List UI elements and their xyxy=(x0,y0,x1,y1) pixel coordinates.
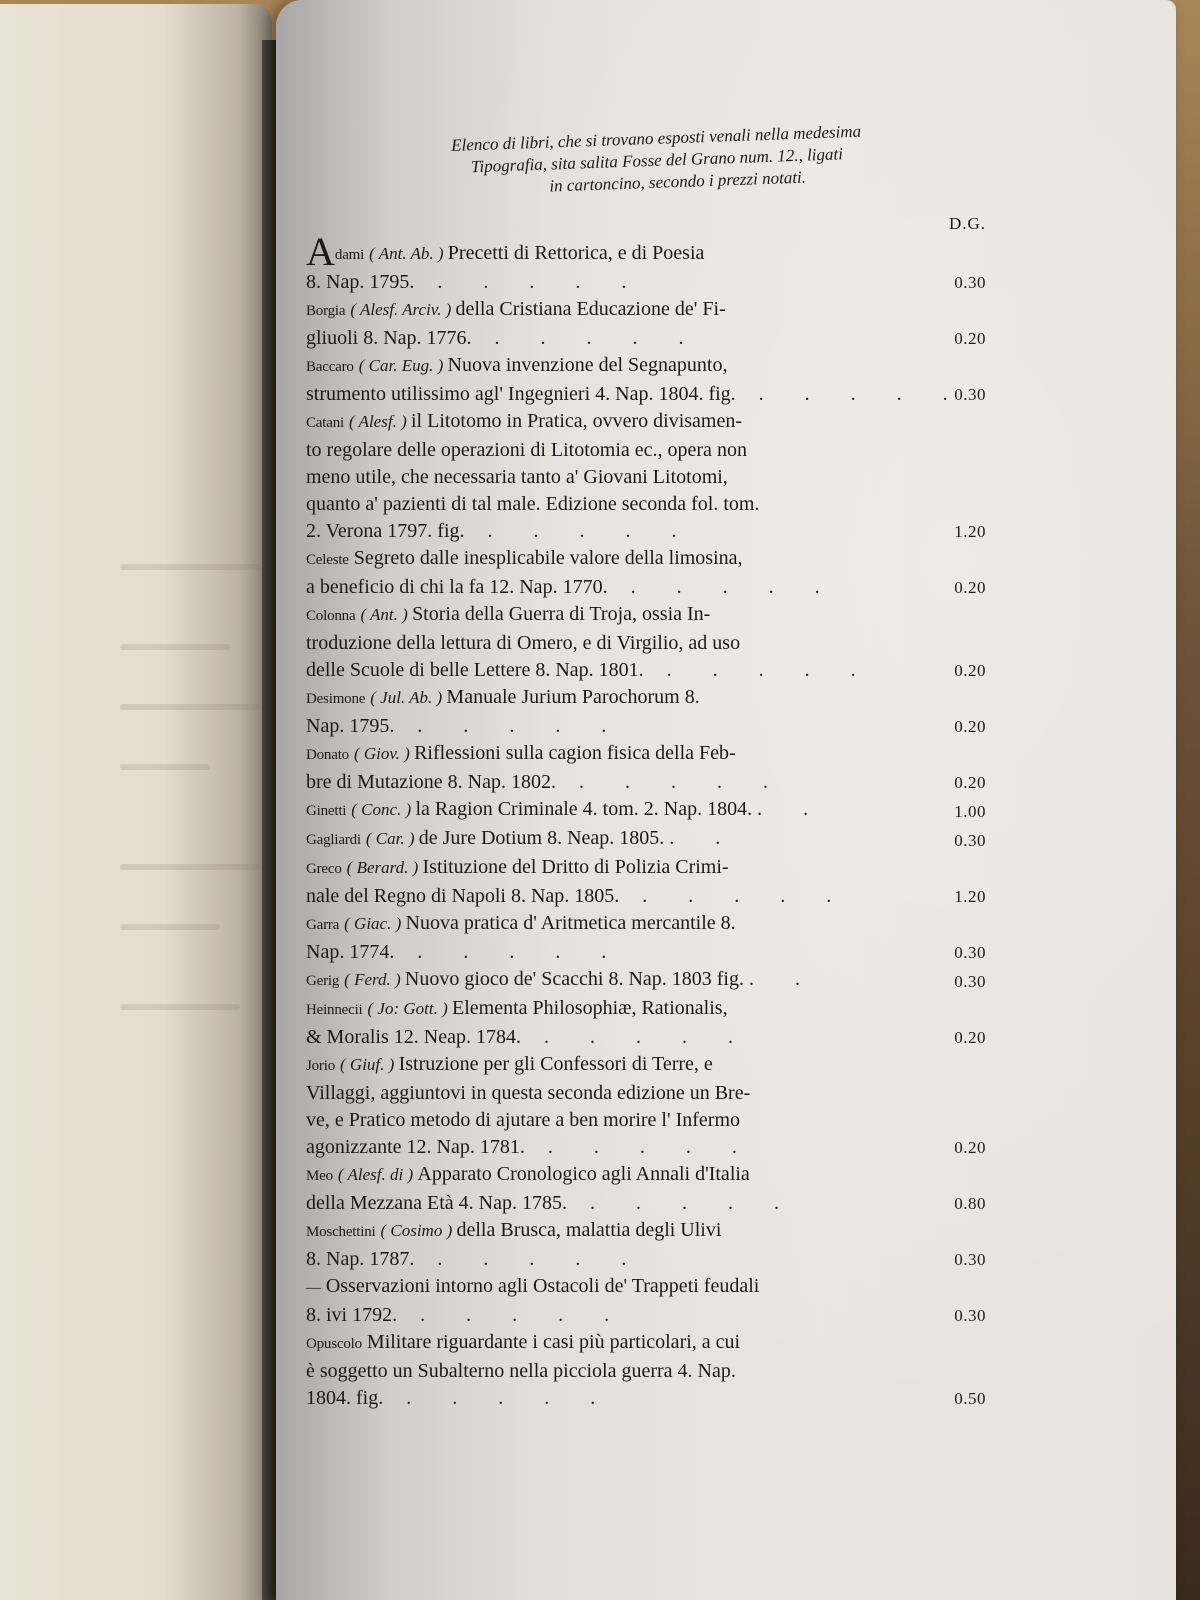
leader-dots: . . . . . xyxy=(465,520,695,542)
leader-dots: . . . . . xyxy=(608,576,838,598)
entry-continuation-line: Nap. 1774. . . . . . xyxy=(306,939,914,966)
entry-continuation-line: 2. Verona 1797. fig. . . . . . xyxy=(306,518,914,545)
entry-author-note: ( Conc. ) xyxy=(351,800,415,819)
book-entry: Greco ( Berard. ) Istituzione del Dritto… xyxy=(306,854,986,910)
entry-first-line: Ginetti ( Conc. ) la Ragion Criminale 4.… xyxy=(306,796,914,825)
entry-title: la Ragion Criminale 4. tom. 2. Nap. 1804… xyxy=(415,798,752,820)
catalogue-text: Elenco di libri, che si trovano esposti … xyxy=(306,140,986,1412)
bleed-through-mark xyxy=(120,764,210,770)
book-entry: Baccaro ( Car. Eug. ) Nuova invenzione d… xyxy=(306,352,986,408)
bleed-through-mark xyxy=(120,864,260,870)
entry-continuation-line: troduzione della lettura di Omero, e di … xyxy=(306,630,914,657)
leader-dots: . . . . . xyxy=(556,771,786,793)
entry-author-note: ( Ferd. ) xyxy=(344,970,405,989)
entry-author-note: ( Jul. Ab. ) xyxy=(370,688,446,707)
entry-author: Celeste xyxy=(306,552,349,568)
entry-author: Opuscolo xyxy=(306,1336,362,1352)
entry-author: Greco xyxy=(306,861,342,877)
entry-author: Gagliardi xyxy=(306,832,361,848)
book-entry: Meo ( Alesf. di ) Apparato Cronologico a… xyxy=(306,1161,986,1217)
entry-author: Desimone xyxy=(306,691,365,707)
entry-author-note: ( Car. ) xyxy=(366,829,419,848)
leader-dots: . . xyxy=(749,968,818,990)
entry-author-note: ( Jo: Gott. ) xyxy=(368,999,453,1018)
entry-price: 1.00 xyxy=(954,798,986,825)
leader-dots: . . . . . xyxy=(619,885,849,907)
book-entry: Ginetti ( Conc. ) la Ragion Criminale 4.… xyxy=(306,796,986,825)
entry-continuation-line: 8. Nap. 1787. . . . . . xyxy=(306,1246,914,1273)
leader-dots: . . . . . xyxy=(394,941,624,963)
leader-dots: . . . . . xyxy=(525,1136,755,1158)
entry-author-note: ( Giac. ) xyxy=(344,914,405,933)
entry-continuation-line: bre di Mutazione 8. Nap. 1802. . . . . . xyxy=(306,769,914,796)
entry-price: 0.20 xyxy=(954,769,986,796)
bleed-through-mark xyxy=(120,924,220,930)
entry-author: Catani xyxy=(306,415,344,431)
leader-dots: . . . . . xyxy=(521,1026,751,1048)
currency-initials: D.G. xyxy=(306,214,986,234)
entry-continuation-line: è soggetto un Subalterno nella picciola … xyxy=(306,1358,914,1385)
bleed-through-mark xyxy=(120,564,260,570)
book-entry: Gagliardi ( Car. ) de Jure Dotium 8. Nea… xyxy=(306,825,986,854)
entry-continuation-line: nale del Regno di Napoli 8. Nap. 1805. .… xyxy=(306,883,914,910)
entry-title: Osservazioni intorno agli Ostacoli de' T… xyxy=(326,1275,760,1297)
catalogue-heading: Elenco di libri, che si trovano esposti … xyxy=(306,116,988,206)
entry-title: Militare riguardante i casi più particol… xyxy=(367,1331,740,1353)
right-page: Elenco di libri, che si trovano esposti … xyxy=(276,0,1176,1600)
entry-author-note: ( Alesf. di ) xyxy=(338,1165,417,1184)
entry-price: 1.20 xyxy=(954,518,986,545)
entry-title: Precetti di Rettorica, e di Poesia xyxy=(448,242,705,264)
entry-continuation-line: & Moralis 12. Neap. 1784. . . . . . xyxy=(306,1024,914,1051)
left-facing-page xyxy=(0,4,272,1600)
entry-continuation-line: strumento utilissimo agl' Ingegnieri 4. … xyxy=(306,381,914,408)
entry-price: 1.20 xyxy=(954,883,986,910)
entry-price: 0.30 xyxy=(954,968,986,995)
entry-price: 0.80 xyxy=(954,1190,986,1217)
leader-dots: . . . . . xyxy=(414,271,644,293)
leader-dots: . . . . . xyxy=(567,1192,797,1214)
entry-author: Colonna xyxy=(306,608,355,624)
entry-continuation-line: ve, e Pratico metodo di ajutare a ben mo… xyxy=(306,1107,914,1134)
entry-price: 0.30 xyxy=(954,1302,986,1329)
entry-first-line: Celeste Segreto dalle inesplicabile valo… xyxy=(306,545,914,574)
entry-price: 0.20 xyxy=(954,574,986,601)
entry-title: Apparato Cronologico agli Annali d'Itali… xyxy=(417,1163,749,1185)
entry-title: Segreto dalle inesplicabile valore della… xyxy=(354,547,743,569)
bleed-through-mark xyxy=(120,704,260,710)
entry-continuation-line: to regolare delle operazioni di Litotomi… xyxy=(306,437,914,464)
entry-author-note: ( Ant. Ab. ) xyxy=(369,244,448,263)
book-entry: Adami ( Ant. Ab. ) Precetti di Rettorica… xyxy=(306,238,986,296)
entry-price: 0.30 xyxy=(954,381,986,408)
entry-price: 0.20 xyxy=(954,1134,986,1161)
entry-price: 0.20 xyxy=(954,1024,986,1051)
book-entry: Donato ( Giov. ) Riflessioni sulla cagio… xyxy=(306,740,986,796)
bleed-through-mark xyxy=(120,644,230,650)
leader-dots: . . . . . xyxy=(472,327,702,349)
entry-first-line: Colonna ( Ant. ) Storia della Guerra di … xyxy=(306,601,914,630)
book-entry: Colonna ( Ant. ) Storia della Guerra di … xyxy=(306,601,986,684)
entry-title: Nuova invenzione del Segnapunto, xyxy=(448,354,728,376)
book-entry: Borgia ( Alesf. Arciv. ) della Cristiana… xyxy=(306,296,986,352)
entry-author-note: ( Car. Eug. ) xyxy=(359,356,448,375)
entry-first-line: Opuscolo Militare riguardante i casi più… xyxy=(306,1329,914,1358)
book-entry: Opuscolo Militare riguardante i casi più… xyxy=(306,1329,986,1412)
entry-title: Nuova pratica d' Aritmetica mercantile 8… xyxy=(406,912,736,934)
entry-continuation-line: meno utile, che necessaria tanto a' Giov… xyxy=(306,464,914,491)
entry-first-line: Gerig ( Ferd. ) Nuovo gioco de' Scacchi … xyxy=(306,966,914,995)
entry-first-line: Baccaro ( Car. Eug. ) Nuova invenzione d… xyxy=(306,352,914,381)
entry-first-line: Borgia ( Alesf. Arciv. ) della Cristiana… xyxy=(306,296,914,325)
book-entry: Gerig ( Ferd. ) Nuovo gioco de' Scacchi … xyxy=(306,966,986,995)
entry-author-note: ( Giuf. ) xyxy=(340,1055,399,1074)
book-entry: Celeste Segreto dalle inesplicabile valo… xyxy=(306,545,986,601)
entry-first-line: Greco ( Berard. ) Istituzione del Dritto… xyxy=(306,854,914,883)
entry-author: — xyxy=(306,1280,321,1296)
entry-title: de Jure Dotium 8. Neap. 1805. xyxy=(419,827,665,849)
entry-price: 0.20 xyxy=(954,325,986,352)
entry-continuation-line: a beneficio di chi la fa 12. Nap. 1770. … xyxy=(306,574,914,601)
entry-continuation-line: delle Scuole di belle Lettere 8. Nap. 18… xyxy=(306,657,914,684)
leader-dots: . . xyxy=(669,827,738,849)
entry-first-line: Garra ( Giac. ) Nuova pratica d' Aritmet… xyxy=(306,910,914,939)
leader-dots: . . . . . xyxy=(414,1248,644,1270)
entry-author: dami xyxy=(335,247,364,263)
entry-price: 0.30 xyxy=(954,269,986,296)
entry-author: Jorio xyxy=(306,1058,335,1074)
entry-title: Nuovo gioco de' Scacchi 8. Nap. 1803 fig… xyxy=(405,968,744,990)
leader-dots: . . xyxy=(757,798,826,820)
entry-first-line: Adami ( Ant. Ab. ) Precetti di Rettorica… xyxy=(306,238,914,269)
entry-author-note: ( Berard. ) xyxy=(347,858,423,877)
bleed-through-mark xyxy=(120,1004,240,1010)
entry-price: 0.30 xyxy=(954,827,986,854)
entry-title: Istruzione per gli Confessori di Terre, … xyxy=(399,1053,713,1075)
leader-dots: . . . . . xyxy=(736,383,966,405)
book-entry: Jorio ( Giuf. ) Istruzione per gli Confe… xyxy=(306,1051,986,1161)
book-entry: Moschettini ( Cosimo ) della Brusca, mal… xyxy=(306,1217,986,1273)
entry-continuation-line: 8. ivi 1792. . . . . . xyxy=(306,1302,914,1329)
entry-author: Ginetti xyxy=(306,803,346,819)
book-entry: Desimone ( Jul. Ab. ) Manuale Jurium Par… xyxy=(306,684,986,740)
entry-first-line: Desimone ( Jul. Ab. ) Manuale Jurium Par… xyxy=(306,684,914,713)
drop-cap-letter: A xyxy=(306,229,335,274)
entry-continuation-line: Villaggi, aggiuntovi in questa seconda e… xyxy=(306,1080,914,1107)
entry-title: Istituzione del Dritto di Polizia Crimi- xyxy=(423,856,729,878)
entry-first-line: Catani ( Alesf. ) il Litotomo in Pratica… xyxy=(306,408,914,437)
entry-continuation-line: gliuoli 8. Nap. 1776. . . . . . xyxy=(306,325,914,352)
entry-author-note: ( Cosimo ) xyxy=(380,1221,456,1240)
entry-title: il Litotomo in Pratica, ovvero divisamen… xyxy=(411,410,742,432)
book-entry: Heinnecii ( Jo: Gott. ) Elementa Philoso… xyxy=(306,995,986,1051)
entry-author: Heinnecii xyxy=(306,1002,363,1018)
entry-price: 0.30 xyxy=(954,1246,986,1273)
entry-price: 0.30 xyxy=(954,939,986,966)
entry-continuation-line: della Mezzana Età 4. Nap. 1785. . . . . … xyxy=(306,1190,914,1217)
entry-author-note: ( Alesf. Arciv. ) xyxy=(350,300,455,319)
entry-author-note: ( Ant. ) xyxy=(360,605,412,624)
entry-continuation-line: 1804. fig. . . . . . xyxy=(306,1385,914,1412)
entry-title: Riflessioni sulla cagion fisica della Fe… xyxy=(414,742,736,764)
entry-first-line: Moschettini ( Cosimo ) della Brusca, mal… xyxy=(306,1217,914,1246)
entry-continuation-line: quanto a' pazienti di tal male. Edizione… xyxy=(306,491,914,518)
entry-first-line: Heinnecii ( Jo: Gott. ) Elementa Philoso… xyxy=(306,995,914,1024)
entry-first-line: Gagliardi ( Car. ) de Jure Dotium 8. Nea… xyxy=(306,825,914,854)
entry-author-note: ( Alesf. ) xyxy=(349,412,411,431)
entry-title: Manuale Jurium Parochorum 8. xyxy=(446,686,699,708)
entry-first-line: Meo ( Alesf. di ) Apparato Cronologico a… xyxy=(306,1161,914,1190)
entry-author: Moschettini xyxy=(306,1224,375,1240)
book-list: Adami ( Ant. Ab. ) Precetti di Rettorica… xyxy=(306,238,986,1412)
entry-author: Garra xyxy=(306,917,339,933)
entry-author: Baccaro xyxy=(306,359,354,375)
leader-dots: . . . . . xyxy=(394,715,624,737)
entry-first-line: Jorio ( Giuf. ) Istruzione per gli Confe… xyxy=(306,1051,914,1080)
book-entry: Garra ( Giac. ) Nuova pratica d' Aritmet… xyxy=(306,910,986,966)
entry-title: della Cristiana Educazione de' Fi- xyxy=(455,298,725,320)
entry-author: Borgia xyxy=(306,303,345,319)
entry-price: 0.50 xyxy=(954,1385,986,1412)
leader-dots: . . . . . xyxy=(383,1387,613,1409)
entry-price: 0.20 xyxy=(954,713,986,740)
book-entry: Catani ( Alesf. ) il Litotomo in Pratica… xyxy=(306,408,986,545)
entry-first-line: — Osservazioni intorno agli Ostacoli de'… xyxy=(306,1273,914,1302)
entry-price: 0.20 xyxy=(954,657,986,684)
entry-first-line: Donato ( Giov. ) Riflessioni sulla cagio… xyxy=(306,740,914,769)
entry-title: Elementa Philosophiæ, Rationalis, xyxy=(452,997,728,1019)
leader-dots: . . . . . xyxy=(644,659,874,681)
book-entry: — Osservazioni intorno agli Ostacoli de'… xyxy=(306,1273,986,1329)
entry-title: della Brusca, malattia degli Ulivi xyxy=(457,1219,722,1241)
entry-author: Meo xyxy=(306,1168,333,1184)
leader-dots: . . . . . xyxy=(397,1304,627,1326)
entry-continuation-line: Nap. 1795. . . . . . xyxy=(306,713,914,740)
entry-continuation-line: agonizzante 12. Nap. 1781. . . . . . xyxy=(306,1134,914,1161)
entry-author: Gerig xyxy=(306,973,339,989)
entry-title: Storia della Guerra di Troja, ossia In- xyxy=(412,603,710,625)
entry-author-note: ( Giov. ) xyxy=(354,744,414,763)
entry-continuation-line: 8. Nap. 1795. . . . . . xyxy=(306,269,914,296)
entry-author: Donato xyxy=(306,747,349,763)
